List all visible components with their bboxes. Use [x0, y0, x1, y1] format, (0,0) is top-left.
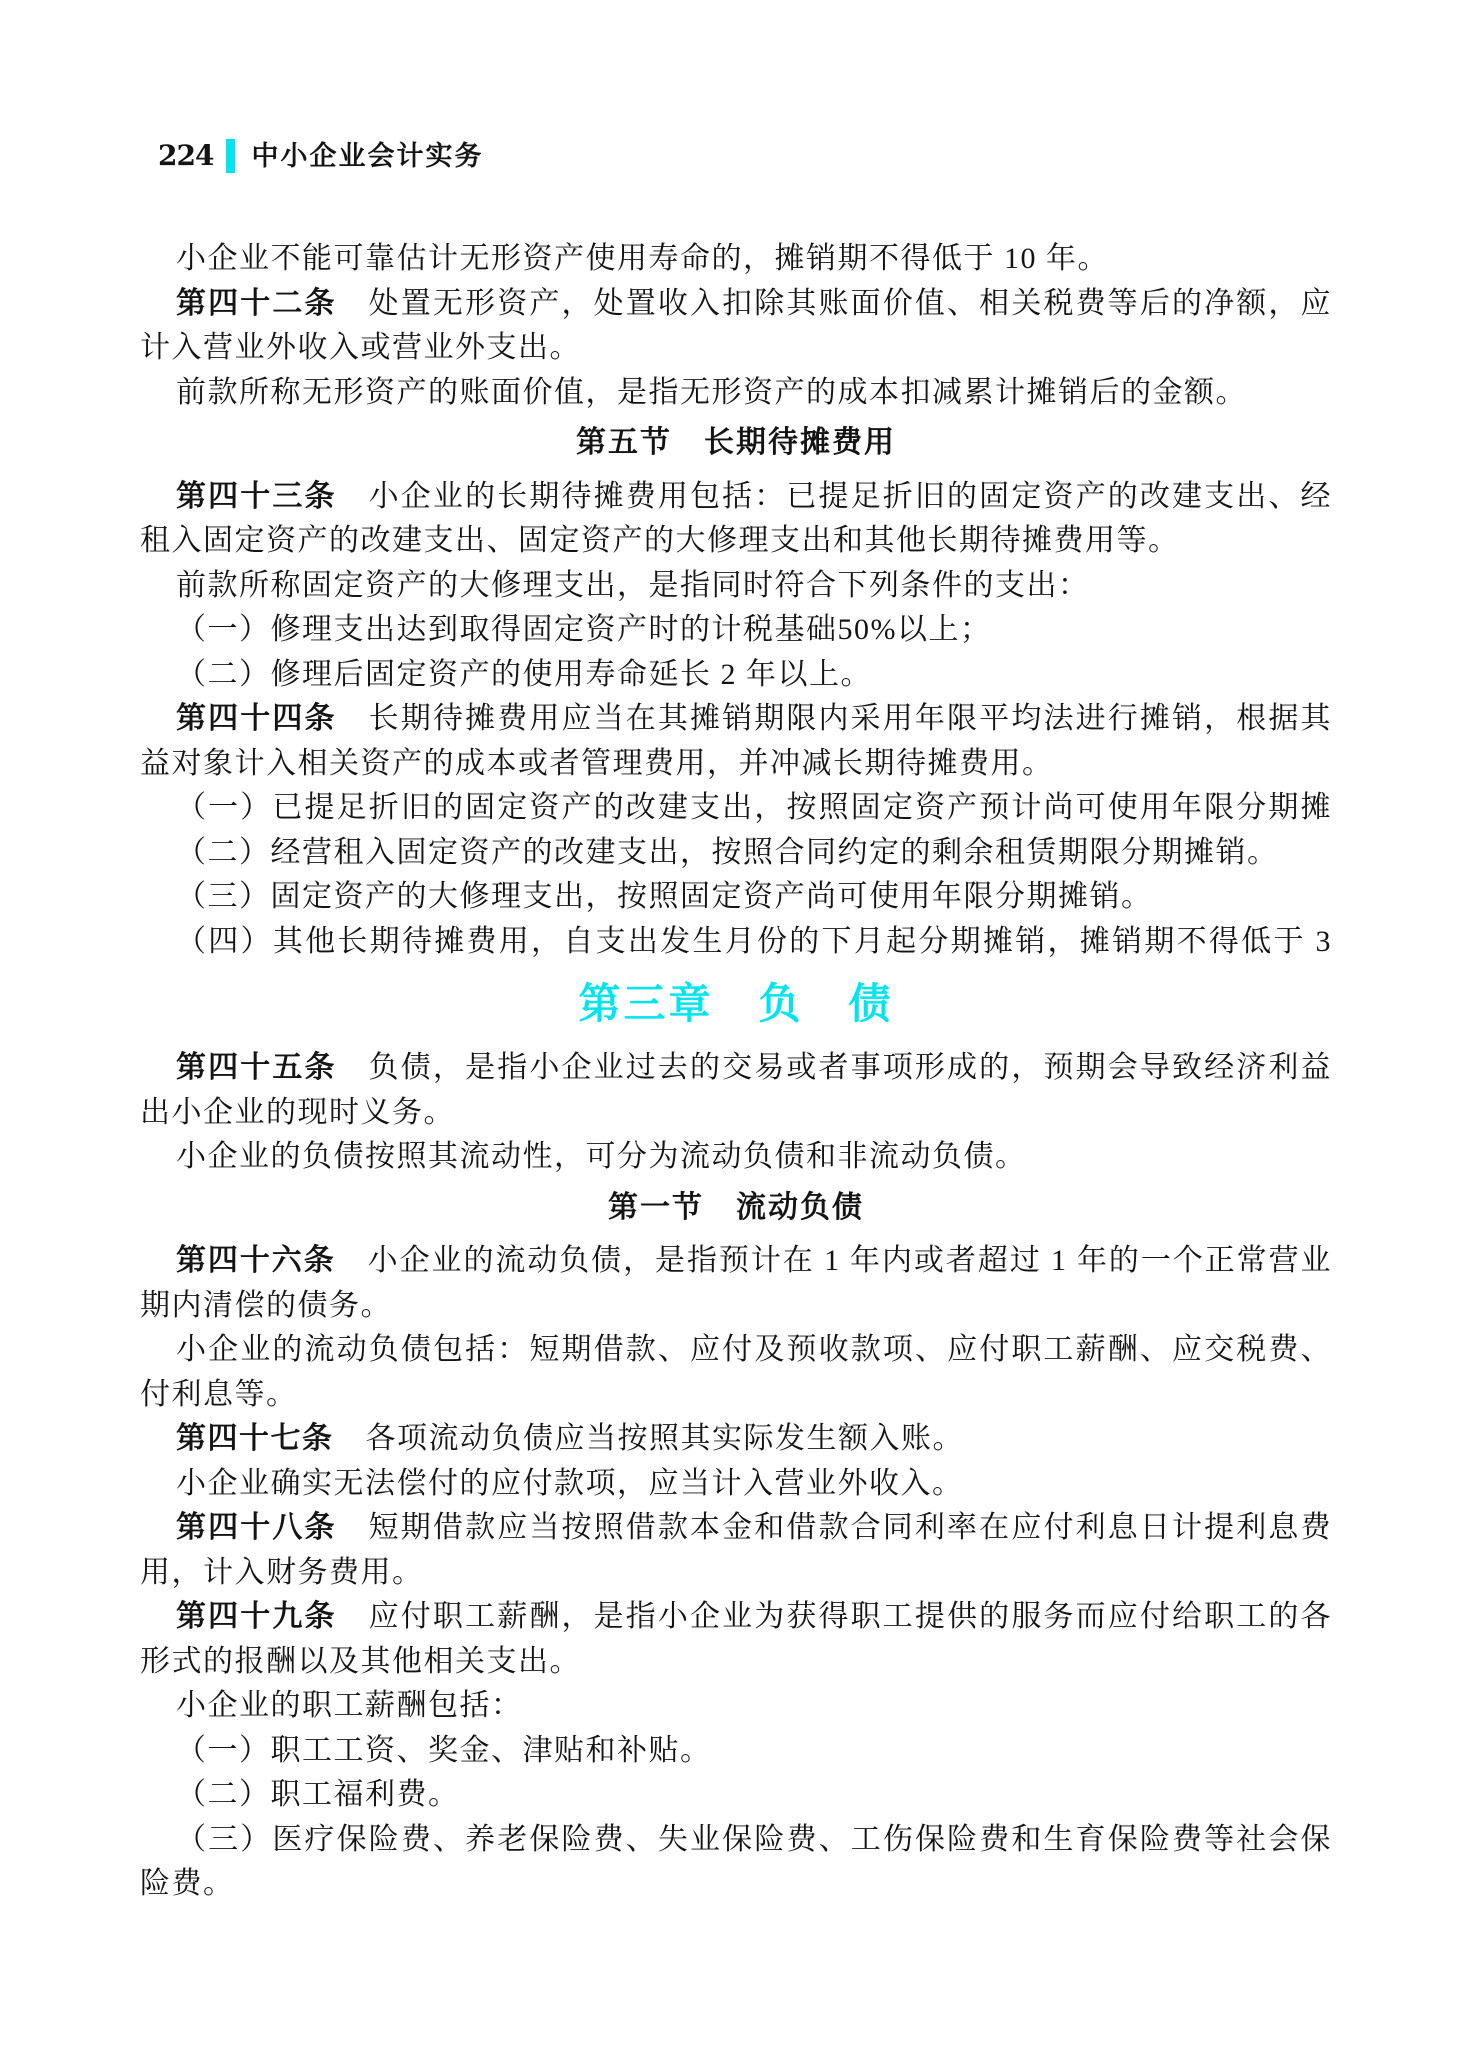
text-line: （一）已提足折旧的固定资产的改建支出，按照固定资产预计尚可使用年限分期摊销。 [140, 786, 1332, 831]
text-line: 小企业的职工薪酬包括： [140, 1684, 1332, 1729]
header-divider-bar [226, 139, 235, 173]
text-line: （一）修理支出达到取得固定资产时的计税基础50%以上； [140, 608, 1332, 653]
article-number: 第四十五条 [176, 1051, 337, 1084]
text-line: 第四十三条小企业的长期待摊费用包括：已提足折旧的固定资产的改建支出、经营 [140, 475, 1332, 520]
text-line: （一）职工工资、奖金、津贴和补贴。 [140, 1729, 1332, 1774]
text-line: 第四十五条负债，是指小企业过去的交易或者事项形成的，预期会导致经济利益流 [140, 1046, 1332, 1091]
text-line: （二）修理后固定资产的使用寿命延长 2 年以上。 [140, 653, 1332, 698]
article-number: 第四十三条 [176, 480, 337, 513]
text-line: （二）经营租入固定资产的改建支出，按照合同约定的剩余租赁期限分期摊销。 [140, 831, 1332, 876]
text-line: （三）固定资产的大修理支出，按照固定资产尚可使用年限分期摊销。 [140, 875, 1332, 920]
text-line: 第四十四条长期待摊费用应当在其摊销期限内采用年限平均法进行摊销，根据其受 [140, 697, 1332, 742]
article-number: 第四十六条 [176, 1244, 336, 1277]
article-number: 第四十四条 [176, 702, 337, 735]
text-line: 前款所称无形资产的账面价值，是指无形资产的成本扣减累计摊销后的金额。 [140, 371, 1332, 416]
book-title: 中小企业会计实务 [251, 139, 483, 173]
text-line: 第四十二条处置无形资产，处置收入扣除其账面价值、相关税费等后的净额，应当 [140, 282, 1332, 327]
text-line: 付利息等。 [140, 1373, 1332, 1418]
section-heading: 第五节 长期待摊费用 [140, 421, 1332, 466]
chapter-heading: 第三章 负 债 [140, 978, 1332, 1030]
text-line: 前款所称固定资产的大修理支出，是指同时符合下列条件的支出： [140, 564, 1332, 609]
text-line: 出小企业的现时义务。 [140, 1091, 1332, 1136]
text-line: 小企业的负债按照其流动性，可分为流动负债和非流动负债。 [140, 1135, 1332, 1180]
text-line: 期内清偿的债务。 [140, 1284, 1332, 1329]
text-line: 益对象计入相关资产的成本或者管理费用，并冲减长期待摊费用。 [140, 742, 1332, 787]
text-line: 小企业的流动负债包括：短期借款、应付及预收款项、应付职工薪酬、应交税费、应 [140, 1328, 1332, 1373]
book-page: 224 中小企业会计实务 小企业不能可靠估计无形资产使用寿命的，摊销期不得低于 … [0, 0, 1457, 2048]
content: 小企业不能可靠估计无形资产使用寿命的，摊销期不得低于 10 年。第四十二条处置无… [140, 237, 1332, 1907]
page-header: 224 中小企业会计实务 [158, 139, 483, 173]
article-number: 第四十二条 [176, 287, 337, 320]
text-line: 计入营业外收入或营业外支出。 [140, 326, 1332, 371]
text-line: （二）职工福利费。 [140, 1773, 1332, 1818]
text-line: 小企业确实无法偿付的应付款项，应当计入营业外收入。 [140, 1462, 1332, 1507]
text-line: 用，计入财务费用。 [140, 1551, 1332, 1596]
text-line: 小企业不能可靠估计无形资产使用寿命的，摊销期不得低于 10 年。 [140, 237, 1332, 282]
text-line: 第四十六条小企业的流动负债，是指预计在 1 年内或者超过 1 年的一个正常营业周 [140, 1239, 1332, 1284]
text-line: （四）其他长期待摊费用，自支出发生月份的下月起分期摊销，摊销期不得低于 3 年。 [140, 920, 1332, 965]
text-line: 租入固定资产的改建支出、固定资产的大修理支出和其他长期待摊费用等。 [140, 519, 1332, 564]
article-number: 第四十七条 [176, 1422, 334, 1455]
text-line: 形式的报酬以及其他相关支出。 [140, 1640, 1332, 1685]
text-line: （三）医疗保险费、养老保险费、失业保险费、工伤保险费和生育保险费等社会保 [140, 1818, 1332, 1863]
text-line: 第四十九条应付职工薪酬，是指小企业为获得职工提供的服务而应付给职工的各种 [140, 1595, 1332, 1640]
text-line: 第四十八条短期借款应当按照借款本金和借款合同利率在应付利息日计提利息费 [140, 1506, 1332, 1551]
page-number: 224 [158, 139, 213, 173]
text-line: 第四十七条各项流动负债应当按照其实际发生额入账。 [140, 1417, 1332, 1462]
section-heading: 第一节 流动负债 [140, 1186, 1332, 1231]
article-number: 第四十九条 [176, 1600, 337, 1633]
article-number: 第四十八条 [176, 1511, 337, 1544]
text-line: 险费。 [140, 1862, 1332, 1907]
